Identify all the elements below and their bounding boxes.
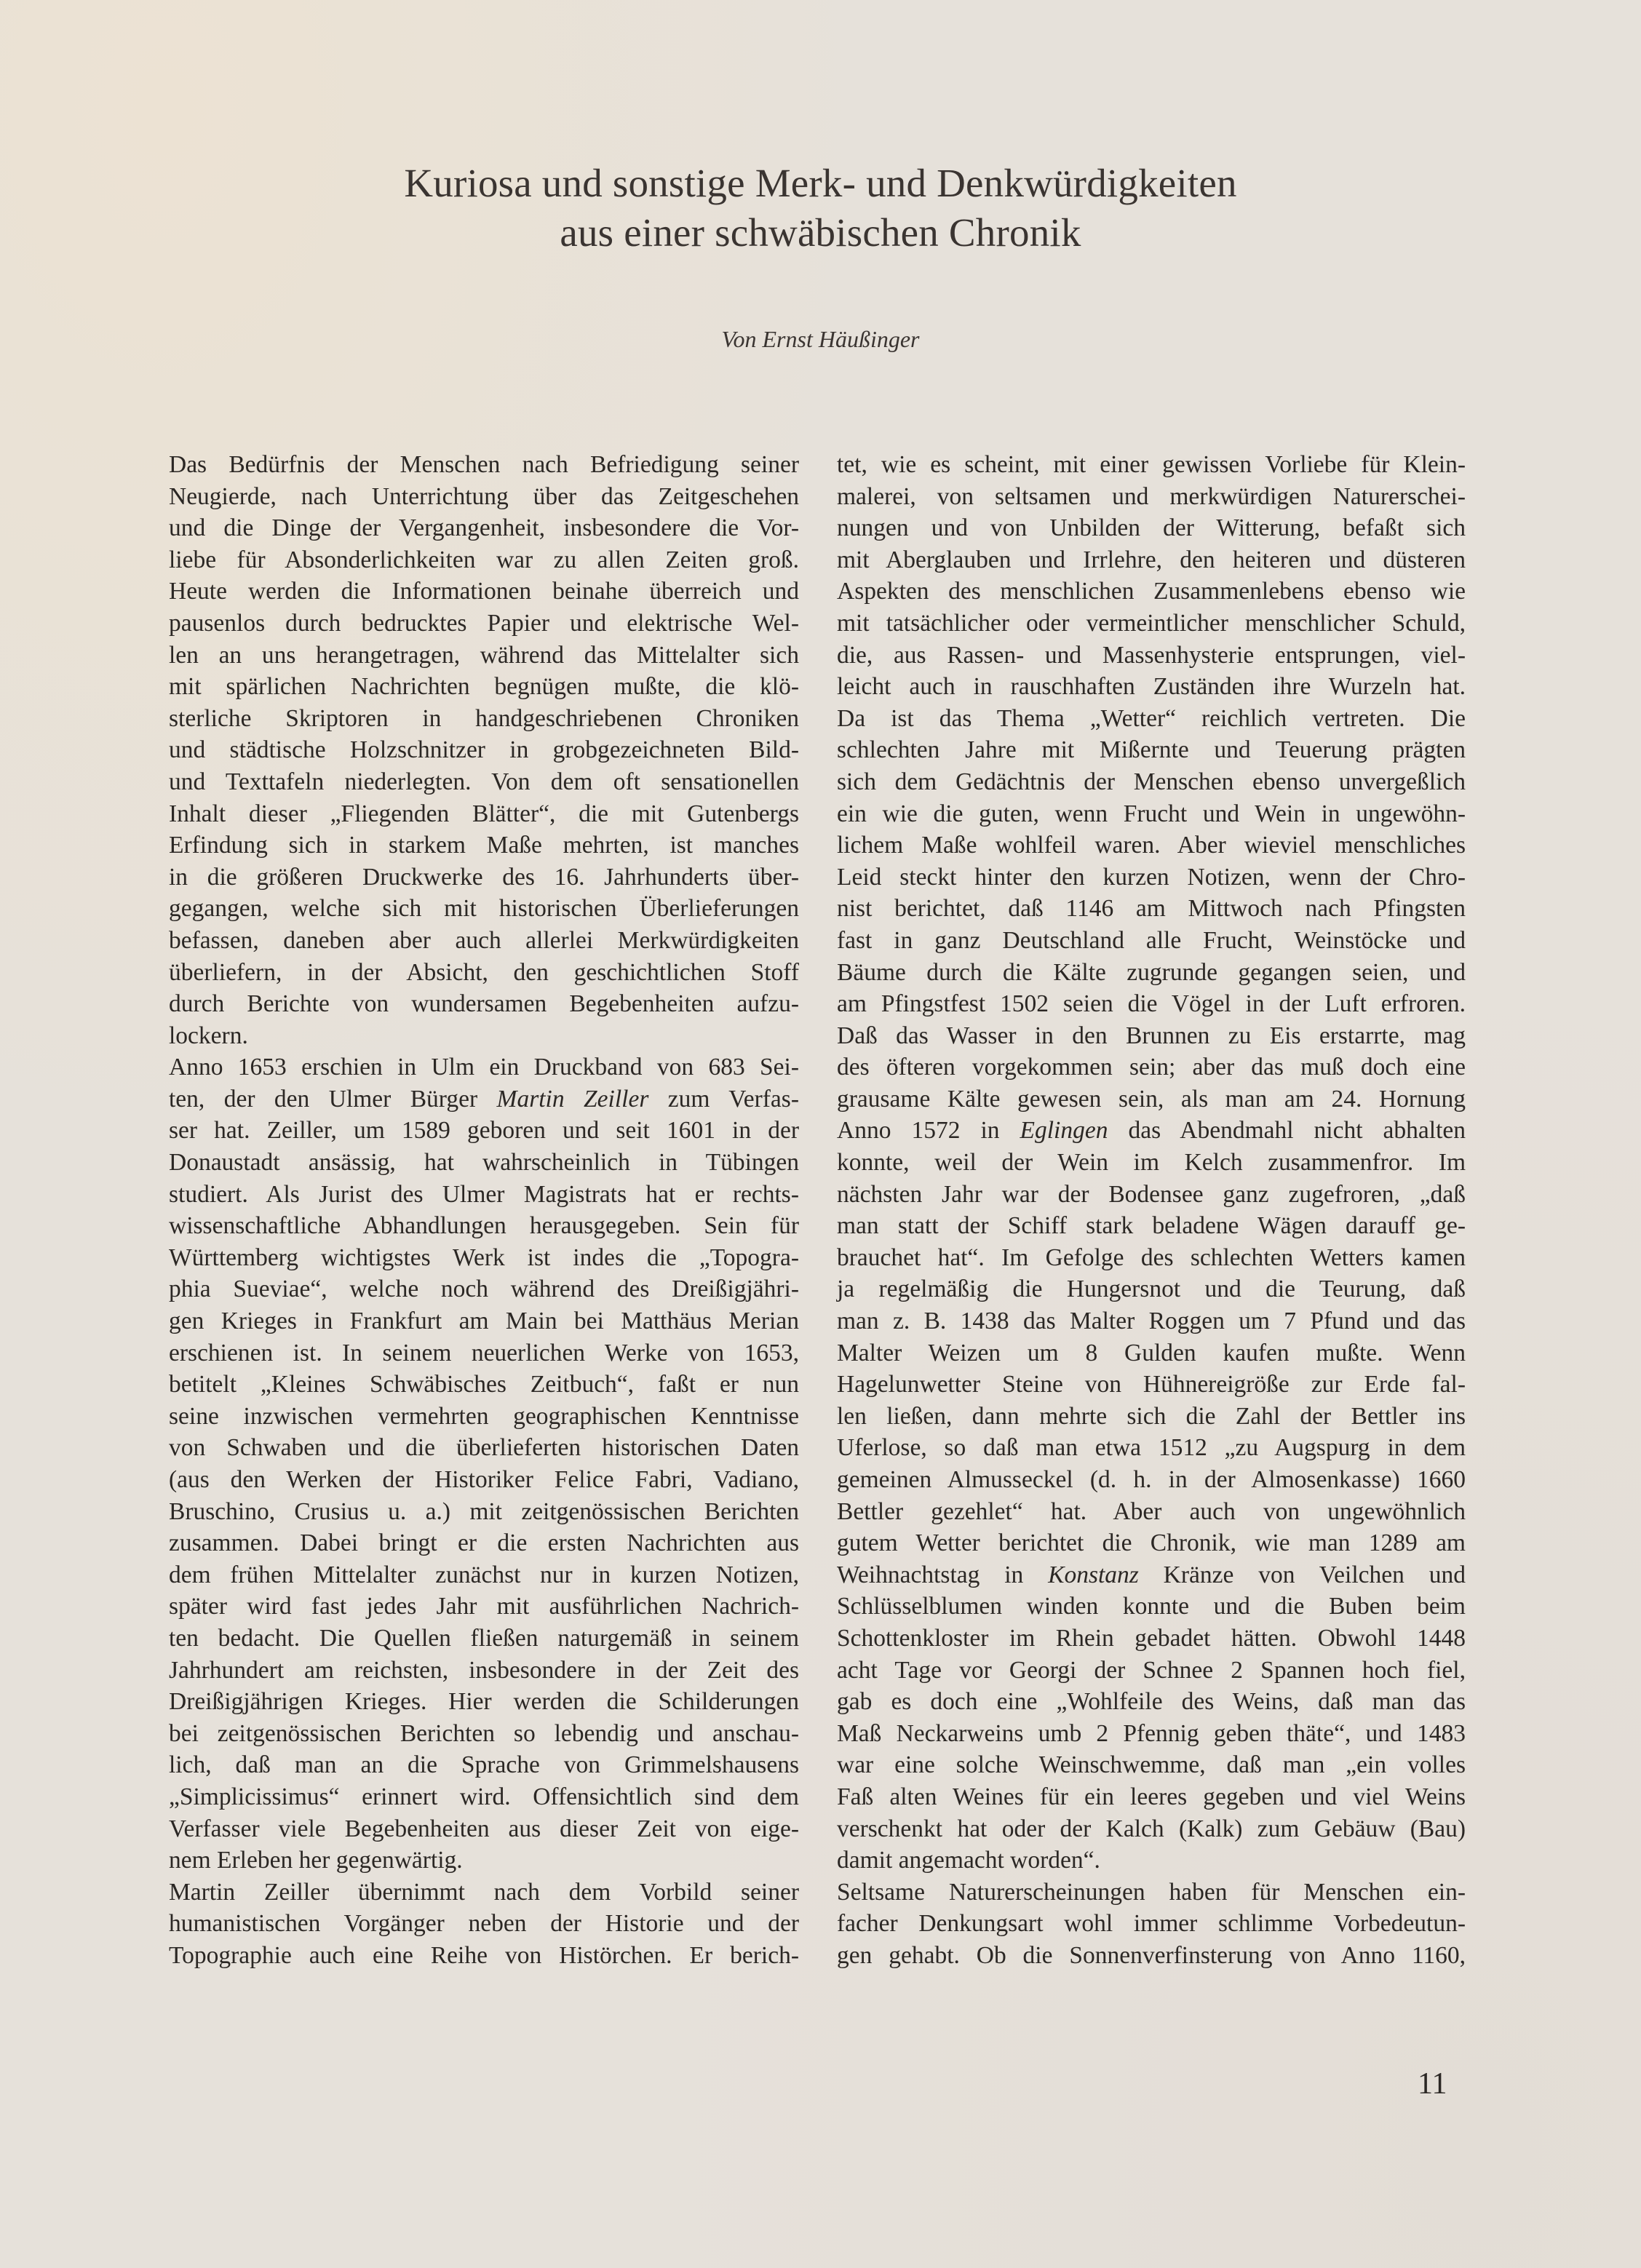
text-line: len an uns herangetragen, während das Mi… (169, 640, 799, 672)
text-line: lichem Maße wohlfeil waren. Aber wieviel… (837, 829, 1466, 862)
text-line: Erfindung sich in starkem Maße mehrten, … (169, 829, 799, 862)
text-line: Da ist das Thema „Wetter“ reichlich vert… (837, 703, 1466, 735)
text-line: (aus den Werken der Historiker Felice Fa… (169, 1464, 799, 1496)
title-line-2: aus einer schwäbischen Chronik (0, 208, 1641, 258)
text-line: später wird fast jedes Jahr mit ausführl… (169, 1591, 799, 1623)
text-line: mit Aberglauben und Irrlehre, den heiter… (837, 544, 1466, 576)
text-line: Inhalt dieser „Fliegenden Blätter“, die … (169, 798, 799, 830)
article-title: Kuriosa und sonstige Merk- und Denkwürdi… (0, 159, 1641, 258)
text-segment: zum Verfas- (648, 1086, 799, 1113)
text-line: Donaustadt ansässig, hat wahrscheinlich … (169, 1147, 799, 1179)
text-line: nächsten Jahr war der Bodensee ganz zuge… (837, 1179, 1466, 1211)
text-line: man z. B. 1438 das Malter Roggen um 7 Pf… (837, 1305, 1466, 1337)
text-line: nungen und von Unbilden der Witterung, b… (837, 512, 1466, 544)
text-line: konnte, weil der Wein im Kelch zusammenf… (837, 1147, 1466, 1179)
text-line: facher Denkungsart wohl immer schlimme V… (837, 1908, 1466, 1940)
text-column-right: tet, wie es scheint, mit einer gewissen … (837, 449, 1466, 1972)
text-line: lich, daß man an die Sprache von Grimmel… (169, 1749, 799, 1781)
text-line: Leid steckt hinter den kurzen Notizen, w… (837, 862, 1466, 894)
text-line: Uferlose, so daß man etwa 1512 „zu Augsp… (837, 1432, 1466, 1464)
text-line: und städtische Holzschnitzer in grobgeze… (169, 734, 799, 766)
text-line: Bäume durch die Kälte zugrunde gegangen … (837, 957, 1466, 989)
text-line: Faß alten Weines für ein leeres gegeben … (837, 1781, 1466, 1813)
text-line: Seltsame Naturerscheinungen haben für Me… (837, 1877, 1466, 1909)
text-line: ein wie die guten, wenn Frucht und Wein … (837, 798, 1466, 830)
text-line: Weihnachtstag in Konstanz Kränze von Vei… (837, 1559, 1466, 1591)
text-line: schlechten Jahre mit Mißernte und Teueru… (837, 734, 1466, 766)
text-line: gab es doch eine „Wohlfeile des Weins, d… (837, 1686, 1466, 1718)
text-line: acht Tage vor Georgi der Schnee 2 Spanne… (837, 1655, 1466, 1687)
text-line: malerei, von seltsamen und merkwürdigen … (837, 481, 1466, 513)
text-line: Dreißigjährigen Krieges. Hier werden die… (169, 1686, 799, 1718)
text-line: leicht auch in rauschhaften Zuständen ih… (837, 671, 1466, 703)
text-line: gemeinen Almusseckel (d. h. in der Almos… (837, 1464, 1466, 1496)
text-line: Schlüsselblumen winden konnte und die Bu… (837, 1591, 1466, 1623)
text-line: Maß Neckarweins umb 2 Pfennig geben thät… (837, 1718, 1466, 1750)
text-segment: das Abendmahl nicht abhalten (1108, 1117, 1466, 1144)
text-line: sich dem Gedächtnis der Menschen ebenso … (837, 766, 1466, 798)
text-line: Daß das Wasser in den Brunnen zu Eis ers… (837, 1020, 1466, 1052)
italic-name: Martin Zeiller (497, 1086, 649, 1113)
text-line: Verfasser viele Begebenheiten aus dieser… (169, 1813, 799, 1845)
text-line: tet, wie es scheint, mit einer gewissen … (837, 449, 1466, 481)
text-line: ja regelmäßig die Hungersnot und die Teu… (837, 1273, 1466, 1305)
text-line: Schottenkloster im Rhein gebadet hätten.… (837, 1623, 1466, 1655)
text-line: Bruschino, Crusius u. a.) mit zeitgenöss… (169, 1496, 799, 1528)
text-line: Jahrhundert am reichsten, insbesondere i… (169, 1655, 799, 1687)
text-line: mit tatsächlicher oder vermeintlicher me… (837, 608, 1466, 640)
text-line: wissenschaftliche Abhandlungen herausgeg… (169, 1210, 799, 1242)
text-line: fast in ganz Deutschland alle Frucht, We… (837, 925, 1466, 957)
text-line: gegangen, welche sich mit historischen Ü… (169, 893, 799, 925)
text-line: Anno 1572 in Eglingen das Abendmahl nich… (837, 1115, 1466, 1147)
text-line: grausame Kälte gewesen sein, als man am … (837, 1083, 1466, 1115)
text-line: durch Berichte von wundersamen Begebenhe… (169, 988, 799, 1020)
text-line: sterliche Skriptoren in handgeschriebene… (169, 703, 799, 735)
text-line: ten, der den Ulmer Bürger Martin Zeiller… (169, 1083, 799, 1115)
text-segment: Kränze von Veilchen und (1139, 1561, 1466, 1588)
text-line: Malter Weizen um 8 Gulden kaufen mußte. … (837, 1337, 1466, 1369)
text-line: von Schwaben und die überlieferten histo… (169, 1432, 799, 1464)
text-line: Topographie auch eine Reihe von Histörch… (169, 1940, 799, 1972)
text-line: humanistischen Vorgänger neben der Histo… (169, 1908, 799, 1940)
text-line: nist berichtet, daß 1146 am Mittwoch nac… (837, 893, 1466, 925)
text-segment: Weihnachtstag in (837, 1561, 1048, 1588)
text-line: Das Bedürfnis der Menschen nach Befriedi… (169, 449, 799, 481)
text-line: phia Sueviae“, welche noch während des D… (169, 1273, 799, 1305)
text-line: in die größeren Druckwerke des 16. Jahrh… (169, 862, 799, 894)
text-line: Heute werden die Informationen beinahe ü… (169, 576, 799, 608)
text-line: und Texttafeln niederlegten. Von dem oft… (169, 766, 799, 798)
text-line: erschienen ist. In seinem neuerlichen We… (169, 1337, 799, 1369)
text-line: überliefern, in der Absicht, den geschic… (169, 957, 799, 989)
text-line: „Simplicissimus“ erinnert wird. Offensic… (169, 1781, 799, 1813)
text-line: ten bedacht. Die Quellen fließen naturge… (169, 1623, 799, 1655)
text-segment: Anno 1572 in (837, 1117, 1020, 1144)
text-line: betitelt „Kleines Schwäbisches Zeitbuch“… (169, 1369, 799, 1401)
page-number: 11 (1418, 2066, 1447, 2101)
text-line: dem frühen Mittelalter zunächst nur in k… (169, 1559, 799, 1591)
text-line: gen Krieges in Frankfurt am Main bei Mat… (169, 1305, 799, 1337)
text-line: liebe für Absonderlichkeiten war zu alle… (169, 544, 799, 576)
text-column-left: Das Bedürfnis der Menschen nach Befriedi… (169, 449, 799, 1972)
text-line: zusammen. Dabei bringt er die ersten Nac… (169, 1527, 799, 1559)
text-segment: ten, der den Ulmer Bürger (169, 1086, 497, 1113)
text-line: seine inzwischen vermehrten geographisch… (169, 1401, 799, 1433)
text-line: die, aus Rassen- und Massenhysterie ents… (837, 640, 1466, 672)
text-line: man statt der Schiff stark beladene Wäge… (837, 1210, 1466, 1242)
text-line: befassen, daneben aber auch allerlei Mer… (169, 925, 799, 957)
text-line: gutem Wetter berichtet die Chronik, wie … (837, 1527, 1466, 1559)
text-line: lockern. (169, 1020, 799, 1052)
text-line: damit angemacht worden“. (837, 1845, 1466, 1877)
text-line: am Pfingstfest 1502 seien die Vögel in d… (837, 988, 1466, 1020)
text-line: war eine solche Weinschwemme, daß man „e… (837, 1749, 1466, 1781)
text-line: Neugierde, nach Unterrichtung über das Z… (169, 481, 799, 513)
text-line: studiert. Als Jurist des Ulmer Magistrat… (169, 1179, 799, 1211)
text-line: Aspekten des menschlichen Zusammenlebens… (837, 576, 1466, 608)
text-line: des öfteren vorgekommen sein; aber das m… (837, 1051, 1466, 1083)
text-line: verschenkt hat oder der Kalch (Kalk) zum… (837, 1813, 1466, 1845)
text-line: Martin Zeiller übernimmt nach dem Vorbil… (169, 1877, 799, 1909)
text-line: bei zeitgenössischen Berichten so lebend… (169, 1718, 799, 1750)
text-line: Hagelunwetter Steine von Hühnereigröße z… (837, 1369, 1466, 1401)
italic-name: Eglingen (1020, 1117, 1108, 1144)
text-line: pausenlos durch bedrucktes Papier und el… (169, 608, 799, 640)
text-line: brauchet hat“. Im Gefolge des schlechten… (837, 1242, 1466, 1274)
text-line: Bettler gezehlet“ hat. Aber auch von ung… (837, 1496, 1466, 1528)
text-line: Anno 1653 erschien in Ulm ein Druckband … (169, 1051, 799, 1083)
italic-name: Konstanz (1048, 1561, 1139, 1588)
text-line: gen gehabt. Ob die Sonnenverfinsterung v… (837, 1940, 1466, 1972)
text-line: mit spärlichen Nachrichten begnügen mußt… (169, 671, 799, 703)
text-line: Württemberg wichtigstes Werk ist indes d… (169, 1242, 799, 1274)
title-line-1: Kuriosa und sonstige Merk- und Denkwürdi… (0, 159, 1641, 208)
text-line: ser hat. Zeiller, um 1589 geboren und se… (169, 1115, 799, 1147)
author-byline: Von Ernst Häußinger (0, 326, 1641, 353)
text-line: len ließen, dann mehrte sich die Zahl de… (837, 1401, 1466, 1433)
text-line: nem Erleben her gegenwärtig. (169, 1845, 799, 1877)
text-line: und die Dinge der Vergangenheit, insbeso… (169, 512, 799, 544)
